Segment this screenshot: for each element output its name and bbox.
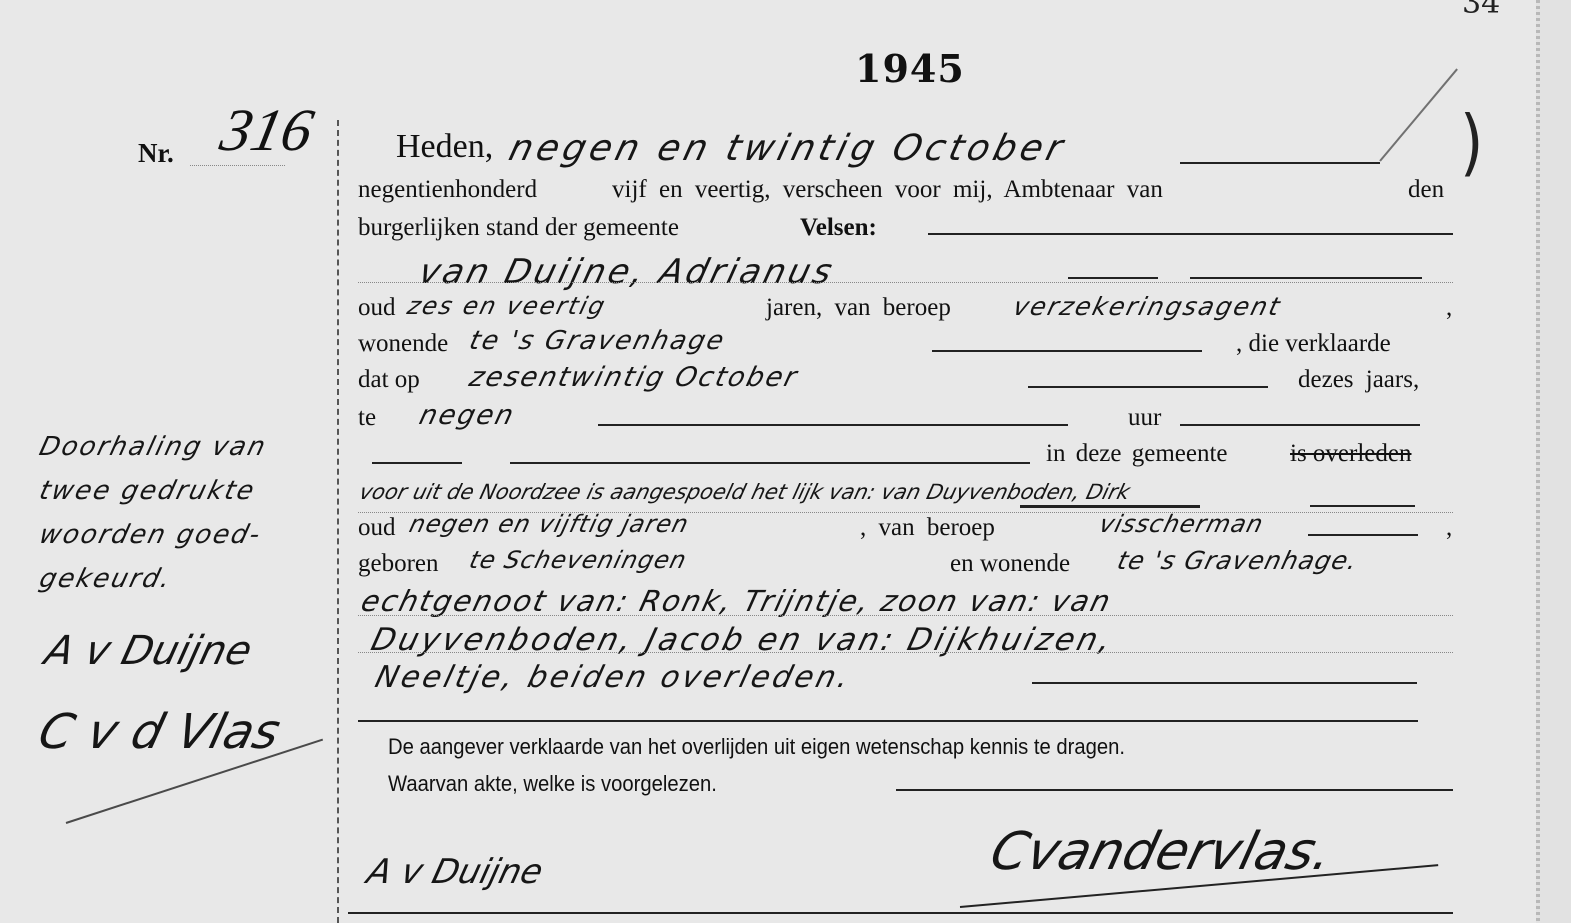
deceased-residence: te 's Gravenhage.	[1114, 546, 1361, 575]
page-binding-edge	[1536, 0, 1540, 923]
record-number: 316	[215, 96, 320, 165]
margin-annotation: Doorhaling van twee gedrukte woorden goe…	[40, 430, 330, 606]
dotted-guide	[358, 282, 1453, 283]
death-certificate-page: 34 1945 Nr. 316 Heden, negen en twintig …	[0, 0, 1571, 923]
handwritten-insertion: voor uit de Noordzee is aangespoeld het …	[357, 480, 1132, 504]
text-heden: Heden,	[396, 128, 493, 166]
margin-signature-declarant: A v Duijne	[40, 628, 256, 674]
dotted-guide	[358, 652, 1453, 653]
fill-line	[372, 462, 462, 464]
closing-voorgelezen: Waarvan akte, welke is voorgelezen.	[388, 771, 717, 797]
text-en-wonende: en wonende	[950, 550, 1070, 578]
text-van-beroep-2: , van beroep	[860, 514, 995, 542]
fill-line	[1180, 162, 1380, 164]
fill-line	[1190, 277, 1422, 279]
margin-note-line-3: woorden goed-	[36, 518, 334, 552]
text-te: te	[358, 404, 376, 432]
closing-statement: De aangever verklaarde van het overlijde…	[388, 734, 1125, 760]
spouse-parents-line-3: Neeltje, beiden overleden.	[372, 660, 856, 695]
text-jaren-van-beroep: jaren, van beroep	[766, 294, 951, 322]
declarant-name: van Duijne, Adrianus	[415, 252, 839, 292]
margin-divider	[337, 120, 339, 923]
fill-line	[1068, 277, 1158, 279]
fill-line	[1308, 534, 1418, 536]
text-comma: ,	[1446, 294, 1452, 322]
spouse-parents-line-1: echtgenoot van: Ronk, Trijntje, zoon van…	[358, 584, 1116, 618]
deceased-age: negen en vijftig jaren	[407, 510, 693, 538]
text-dat-op: dat op	[358, 366, 420, 394]
margin-signature-official: C v d Vlas	[33, 704, 286, 760]
dotted-guide	[358, 615, 1453, 616]
name-underline	[1310, 505, 1415, 507]
margin-note-line-2: twee gedrukte	[36, 474, 334, 508]
text-comma-2: ,	[1446, 514, 1452, 542]
municipality-name: Velsen:	[800, 214, 877, 242]
text-oud: oud	[358, 294, 396, 322]
declarant-age: zes en veertig	[405, 292, 610, 320]
signature-official: Cvandervlas.	[985, 822, 1339, 882]
text-in-deze-gemeente: in deze gemeente	[1046, 440, 1228, 468]
handwritten-date: negen en twintig October	[505, 128, 1071, 169]
document-year: 1945	[855, 46, 965, 91]
margin-note-line-4: gekeurd.	[36, 562, 334, 596]
record-number-dots	[190, 165, 285, 166]
bracket-mark: )	[1460, 101, 1483, 185]
name-underline	[1020, 505, 1200, 508]
deceased-occupation: visscherman	[1097, 510, 1267, 538]
fill-line	[510, 462, 1030, 464]
text-den: den	[1408, 176, 1444, 204]
text-die-verklaarde: , die verklaarde	[1236, 330, 1391, 358]
text-burgerlijken-stand: burgerlijken stand der gemeente	[358, 214, 679, 242]
text-oud-2: oud	[358, 514, 396, 542]
text-negentienhonderd: negentienhonderd	[358, 176, 537, 204]
deceased-birthplace: te Scheveningen	[467, 546, 690, 574]
page-right-margin	[1540, 0, 1571, 923]
text-dezes-jaars: dezes jaars,	[1298, 366, 1419, 394]
declarant-residence: te 's Gravenhage	[466, 326, 728, 356]
signature-declarant: A v Duijne	[363, 852, 547, 892]
record-number-label: Nr.	[138, 138, 174, 169]
fill-line	[1032, 682, 1417, 684]
pen-stroke	[1379, 68, 1458, 161]
text-geboren: geboren	[358, 550, 439, 578]
declarant-occupation: verzekeringsagent	[1010, 292, 1284, 321]
fill-line	[358, 720, 1418, 722]
fill-line	[928, 233, 1453, 235]
margin-note-line-1: Doorhaling van	[36, 430, 334, 464]
struck-text-is-overleden: is overleden	[1290, 440, 1411, 468]
page-number: 34	[1462, 0, 1500, 21]
date-of-death: zesentwintig October	[466, 362, 801, 393]
fill-line	[598, 424, 1068, 426]
fill-line	[1180, 424, 1420, 426]
fill-line	[932, 350, 1202, 352]
text-wonende: wonende	[358, 330, 448, 358]
text-line2: vijf en veertig, verscheen voor mij, Amb…	[612, 176, 1163, 204]
text-uur: uur	[1128, 404, 1161, 432]
fill-line	[896, 789, 1453, 791]
time-of-death: negen	[416, 400, 518, 431]
fill-line	[348, 912, 1453, 914]
fill-line	[1028, 386, 1268, 388]
